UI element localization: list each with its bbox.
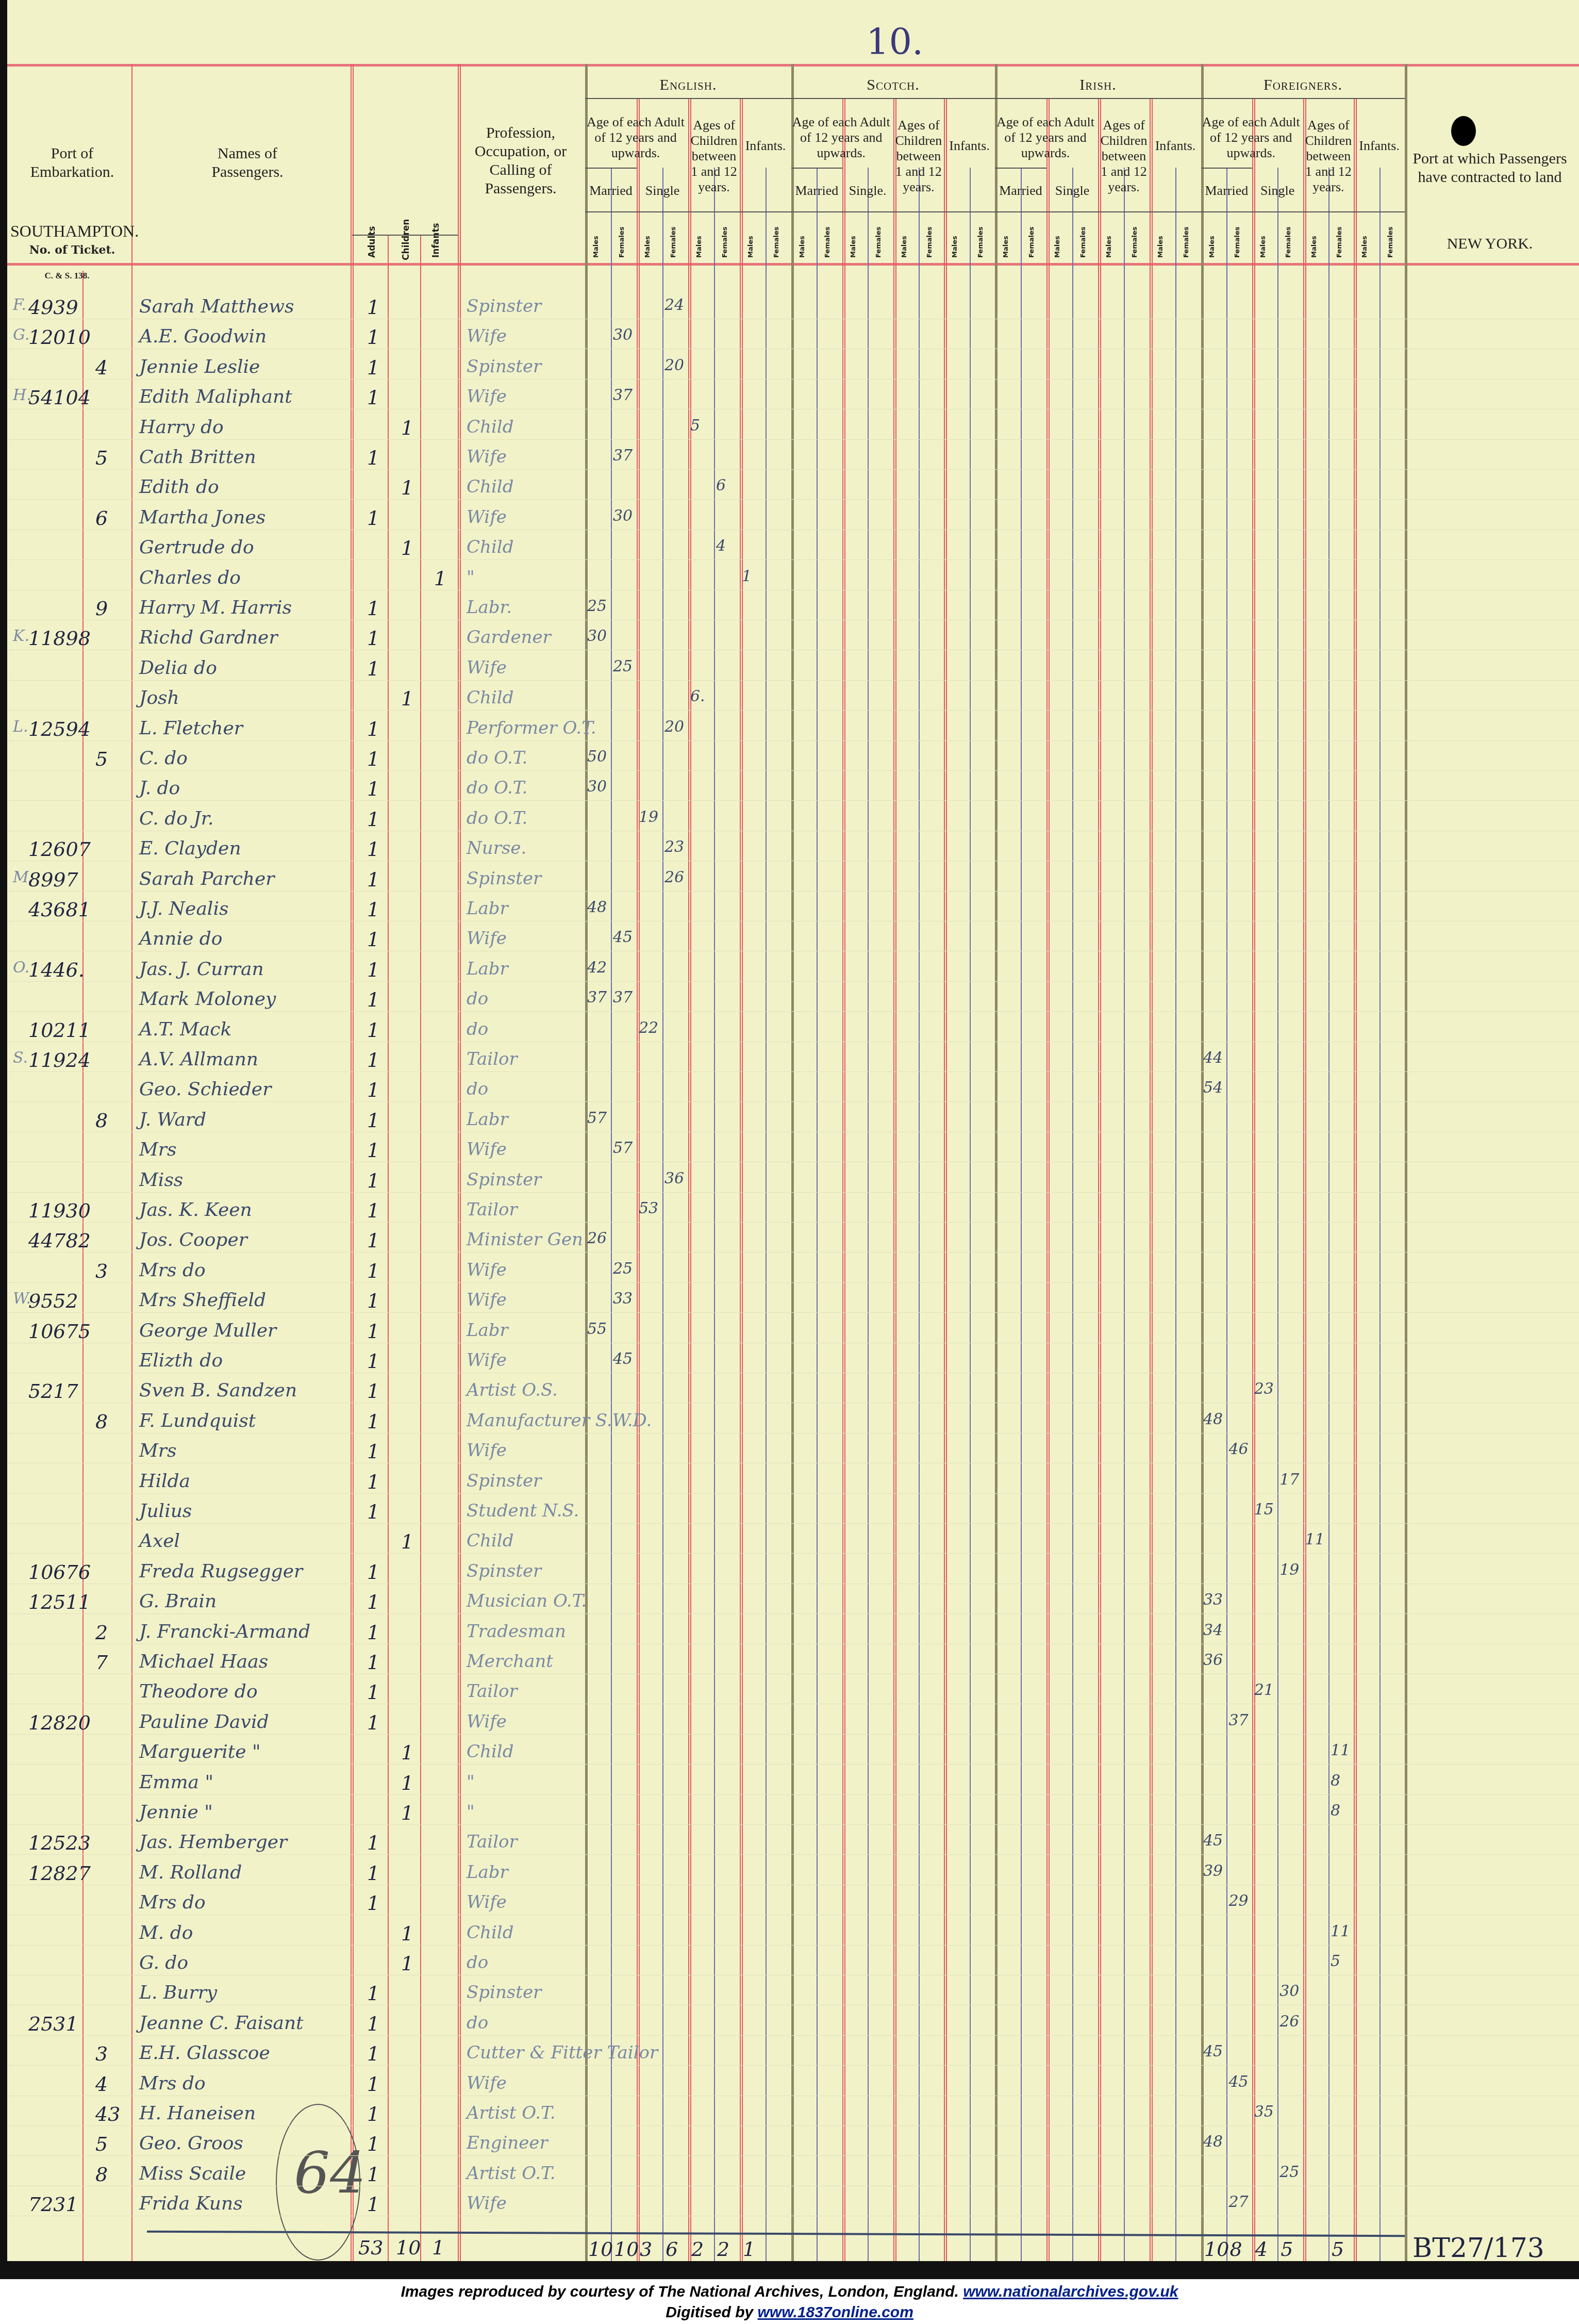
profession: do O.T. [467, 778, 527, 798]
profession: Performer O.T. [467, 718, 596, 738]
adult-count: 1 [367, 718, 379, 740]
age-eng-child-f: 6 [716, 476, 726, 495]
children-age-label: Ages of Children between 1 and 12 years. [893, 118, 944, 195]
profession: Musician O.T. [467, 1591, 587, 1611]
profession: Child [467, 476, 513, 497]
adult-count: 1 [367, 1591, 379, 1613]
profession: Wife [467, 1350, 507, 1371]
adult-count: 1 [367, 1892, 379, 1915]
adult-count: 1 [367, 2193, 379, 2216]
scan-bottom-edge [0, 2261, 1579, 2279]
profession: Tailor [467, 1681, 518, 1702]
passenger-name: E.H. Glasscoe [139, 2042, 270, 2064]
profession: Labr [467, 1320, 508, 1341]
adult-count: 1 [367, 988, 379, 1011]
age-for-single-f: 26 [1279, 2013, 1299, 2031]
age-eng-single-f: 23 [664, 838, 684, 856]
column-divider [842, 98, 843, 2261]
ticket-number: 11898 [28, 627, 91, 650]
profession: Wife [467, 386, 507, 407]
profession: Wife [467, 507, 507, 528]
column-divider [1277, 168, 1278, 2261]
passenger-name: Jas. Hemberger [139, 1832, 287, 1853]
ticket-number: 12010 [28, 326, 91, 349]
age-for-single-f: 30 [1279, 1982, 1299, 2000]
adult-count: 1 [367, 1862, 379, 1885]
passenger-name: Delia do [139, 657, 217, 679]
profession: Manufacturer S.W.D. [467, 1410, 652, 1431]
ticket-number: 5 [95, 447, 108, 469]
ticket-number: 11924 [28, 1049, 91, 1072]
age-for-married-m: 45 [1203, 2042, 1223, 2061]
passenger-name: Mrs do [139, 1892, 206, 1913]
sex-label: Males [1361, 236, 1369, 258]
adult-count: 1 [367, 326, 379, 349]
column-divider [1303, 98, 1304, 2261]
age-eng-married-m: 48 [587, 898, 607, 916]
total-children: 10 [396, 2236, 421, 2259]
profession: Labr [467, 1862, 508, 1883]
adult-count: 1 [367, 2073, 379, 2096]
profession: Wife [467, 928, 507, 949]
profession: Artist O.T. [467, 2103, 555, 2123]
profession: Spinster [467, 1471, 541, 1491]
adult-count: 1 [367, 386, 379, 409]
english-total: 6 [666, 2238, 678, 2261]
adult-count: 1 [367, 2133, 379, 2155]
sex-label: Females [670, 227, 677, 258]
passenger-name: Elizth do [139, 1350, 223, 1371]
age-eng-single-f: 20 [664, 356, 684, 374]
foreigners-total: 5 [1332, 2238, 1344, 2261]
column-divider [1328, 168, 1329, 2261]
infants-label: Infants. [1354, 138, 1405, 154]
age-eng-married-f: 37 [613, 988, 633, 1007]
age-eng-married-f: 45 [613, 928, 633, 946]
passenger-name: Cath Britten [139, 447, 256, 468]
age-for-married-m: 36 [1203, 1651, 1223, 1669]
age-for-child-m: 11 [1305, 1530, 1325, 1548]
age-eng-child-m: 5 [690, 417, 700, 435]
children-age-label: Ages of Children between 1 and 12 years. [1303, 118, 1354, 195]
ticket-number: 43 [95, 2103, 120, 2125]
profession: do [467, 1019, 488, 1040]
age-for-married-f: 45 [1228, 2073, 1248, 2091]
sex-label: Females [1079, 227, 1087, 258]
profession: Labr [467, 959, 508, 979]
profession: Tailor [467, 1049, 518, 1069]
ticket-number: 4 [95, 2073, 108, 2096]
ticket-number: 12820 [28, 1711, 91, 1734]
sex-label: Males [695, 236, 703, 258]
profession: Gardener [467, 627, 551, 648]
column-divider [1124, 168, 1125, 2261]
ticket-number: 12523 [28, 1832, 91, 1854]
column-divider [1405, 64, 1407, 2261]
passenger-name: J.J. Nealis [139, 898, 228, 919]
ticket-number: 10211 [28, 1019, 91, 1042]
age-eng-married-m: 37 [587, 988, 607, 1007]
1837online-link[interactable]: www.1837online.com [758, 2304, 913, 2321]
adult-count: 1 [367, 1651, 379, 1674]
column-divider [420, 235, 421, 2261]
adult-count: 1 [367, 1290, 379, 1312]
ticket-number: 8997 [28, 868, 78, 891]
passenger-name: Jas. J. Curran [139, 959, 264, 980]
adult-count: 1 [367, 748, 379, 770]
profession: Artist O.S. [467, 1380, 558, 1400]
child-count: 1 [401, 537, 413, 559]
age-for-child-f: 11 [1331, 1922, 1350, 1940]
adult-count: 1 [367, 1350, 379, 1373]
sex-label: Females [875, 227, 883, 258]
passenger-name: Freda Rugsegger [139, 1561, 303, 1582]
children-age-label: Ages of Children between 1 and 12 years. [688, 118, 740, 195]
passenger-name: Mrs [139, 1139, 177, 1160]
passenger-name: J. Francki-Armand [139, 1621, 310, 1642]
ticket-number: 1446. [28, 959, 85, 981]
english-total: 10 [588, 2238, 613, 2261]
sex-label: Females [773, 227, 780, 258]
profession: Labr. [467, 597, 512, 618]
passenger-name: Annie do [139, 928, 222, 949]
foreigners-total: 8 [1229, 2238, 1242, 2261]
sex-label: Females [1387, 227, 1394, 258]
english-total: 2 [717, 2238, 729, 2261]
column-divider [1252, 98, 1253, 2261]
passenger-name: Mrs do [139, 2073, 206, 2094]
ticket-number: 4 [95, 356, 108, 379]
age-eng-married-m: 26 [587, 1229, 607, 1247]
profession: Nurse. [467, 838, 526, 859]
passenger-name: Harry do [139, 417, 224, 438]
section-title-english: English. [585, 77, 791, 93]
profession: Minister Gen [467, 1229, 583, 1250]
adult-count: 1 [367, 959, 379, 981]
profession: do O.T. [467, 748, 527, 768]
adult-count: 1 [367, 1832, 379, 1854]
port-embarkation-value: SOUTHAMPTON. [10, 222, 134, 240]
infants-header: Infants [431, 223, 441, 258]
age-for-married-m: 48 [1203, 2133, 1223, 2151]
passenger-name: M. Rolland [139, 1862, 242, 1883]
adult-count: 1 [367, 1471, 379, 1493]
ticket-number: 12607 [28, 838, 91, 861]
age-for-married-f: 29 [1228, 1892, 1248, 1910]
passenger-name: J. do [139, 778, 180, 799]
passenger-name: Sven B. Sandzen [139, 1380, 297, 1401]
profession: Wife [467, 1892, 507, 1913]
age-for-single-f: 25 [1279, 2163, 1299, 2181]
profession: Merchant [467, 1651, 553, 1672]
age-for-married-f: 37 [1228, 1711, 1248, 1729]
passenger-name: Emma " [139, 1772, 213, 1793]
section-title-foreigners: Foreigners. [1201, 77, 1405, 93]
ticket-prefix: S. [13, 1049, 28, 1067]
age-for-single-f: 19 [1279, 1561, 1299, 1579]
child-count: 1 [401, 1530, 413, 1553]
profession: Tailor [467, 1832, 518, 1852]
age-for-child-f: 8 [1331, 1802, 1340, 1820]
child-count: 1 [401, 1772, 413, 1794]
ticket-number: 43681 [28, 898, 91, 921]
adult-count: 1 [367, 1711, 379, 1734]
column-divider [688, 98, 689, 2261]
ticket-number: 8 [95, 1109, 108, 1132]
ticket-number: 12511 [28, 1591, 91, 1613]
column-divider [1354, 98, 1355, 2261]
adult-count: 1 [367, 1139, 379, 1162]
adult-count: 1 [367, 1561, 379, 1584]
page-number: 10. [866, 21, 923, 63]
passenger-name: Jennie Leslie [139, 356, 260, 377]
age-for-married-m: 33 [1203, 1591, 1223, 1609]
adult-count: 1 [367, 1380, 379, 1403]
column-divider [1021, 168, 1022, 2261]
profession: Child [467, 537, 513, 557]
port-landing-value: NEW YORK. [1410, 235, 1570, 253]
adult-count: 1 [367, 1410, 379, 1433]
sex-label: Males [1054, 236, 1061, 258]
english-total: 10 [614, 2238, 639, 2261]
ticket-number: 12827 [28, 1862, 91, 1885]
national-archives-link[interactable]: www.nationalarchives.gov.uk [963, 2283, 1178, 2300]
children-age-label: Ages of Children between 1 and 12 years. [1098, 118, 1150, 195]
adult-count: 1 [367, 1229, 379, 1252]
passenger-name: H. Haneisen [139, 2103, 256, 2124]
profession: Wife [467, 326, 507, 347]
column-divider [766, 168, 767, 2261]
section-title-irish: Irish. [995, 77, 1201, 93]
age-eng-single-f: 24 [664, 296, 684, 314]
adult-count: 1 [367, 1260, 379, 1282]
ticket-number: 2 [95, 1621, 108, 1644]
section-title-scotch: Scotch. [791, 77, 995, 93]
sex-label: Males [799, 236, 806, 258]
column-divider [714, 168, 715, 2261]
passenger-name: Pauline David [139, 1711, 269, 1733]
circled-total-value: 64 [294, 2140, 366, 2206]
age-for-single-m: 35 [1254, 2103, 1274, 2121]
column-divider [662, 168, 663, 2261]
ticket-number: 7231 [28, 2193, 78, 2216]
age-eng-married-m: 57 [587, 1109, 607, 1127]
sex-label: Females [1336, 227, 1343, 258]
column-divider [1072, 168, 1073, 2261]
passenger-name: A.T. Mack [139, 1019, 231, 1040]
age-eng-married-f: 33 [613, 1290, 633, 1308]
profession: Wife [467, 1139, 507, 1160]
passenger-name: Marguerite " [139, 1741, 261, 1762]
sex-label: Females [1131, 227, 1139, 258]
passenger-name: Jennie " [139, 1802, 213, 1823]
adult-count: 1 [367, 657, 379, 680]
married-label: Married [791, 183, 842, 199]
profession: Engineer [467, 2133, 548, 2153]
sex-label: Females [926, 227, 934, 258]
sex-label: Males [1208, 236, 1216, 258]
profession: do [467, 1079, 488, 1099]
column-divider [1098, 98, 1099, 2261]
adult-count: 1 [367, 1199, 379, 1222]
column-divider [791, 64, 794, 2261]
age-for-single-f: 17 [1279, 1471, 1299, 1489]
passenger-name: Sarah Parcher [139, 868, 275, 889]
profession-label: Profession, Occupation, or Calling of Pa… [464, 124, 577, 198]
ticket-label: No. of Ticket. [15, 242, 129, 258]
column-divider [458, 64, 459, 2261]
ticket-number: 8 [95, 1410, 108, 1433]
names-label: Names of Passengers. [186, 144, 309, 182]
ticket-number: 10675 [28, 1320, 91, 1343]
total-adults: 53 [358, 2236, 383, 2259]
age-for-child-f: 8 [1331, 1772, 1340, 1790]
age-eng-single-f: 36 [664, 1169, 684, 1188]
age-for-married-m: 44 [1203, 1049, 1223, 1067]
total-infants: 1 [432, 2236, 444, 2259]
ticket-number: 5217 [28, 1380, 78, 1403]
sex-label: Males [644, 236, 652, 258]
age-eng-married-m: 50 [587, 748, 607, 766]
children-header: Children [401, 219, 411, 260]
passenger-name: C. do [139, 748, 188, 769]
column-divider [388, 235, 389, 2261]
passenger-name: A.V. Allmann [139, 1049, 258, 1070]
ticket-prefix: F. [13, 296, 26, 314]
profession: Wife [467, 447, 507, 467]
age-for-single-m: 23 [1254, 1380, 1274, 1398]
age-eng-married-f: 30 [613, 507, 633, 525]
passenger-name: Jas. K. Keen [139, 1199, 252, 1221]
sex-label: Females [1028, 227, 1036, 258]
ticket-number: 3 [95, 1260, 108, 1282]
passenger-name: Miss [139, 1169, 183, 1191]
profession: Spinster [467, 296, 541, 317]
adult-count: 1 [367, 627, 379, 650]
age-for-married-m: 54 [1203, 1079, 1223, 1097]
age-eng-married-f: 37 [613, 447, 633, 465]
sex-label: Females [721, 227, 729, 258]
age-eng-single-f: 20 [664, 718, 684, 736]
passenger-name: L. Burry [139, 1982, 217, 2003]
adult-age-label: Age of each Adult of 12 years and upward… [585, 114, 686, 161]
column-divider [1175, 168, 1176, 2261]
passenger-name: L. Fletcher [139, 718, 243, 739]
profession: " [467, 1802, 475, 1822]
credit-line-2: Digitised by www.1837online.com [0, 2304, 1579, 2321]
profession: do [467, 988, 488, 1009]
age-for-married-m: 39 [1203, 1862, 1223, 1880]
column-divider [868, 168, 869, 2261]
adult-count: 1 [367, 868, 379, 891]
ticket-number: 11930 [28, 1199, 91, 1222]
column-divider [1150, 98, 1151, 2261]
sex-label: Females [824, 227, 832, 258]
adult-count: 1 [367, 1109, 379, 1132]
passenger-name: A.E. Goodwin [139, 326, 267, 347]
adult-count: 1 [367, 2163, 379, 2186]
sex-label: Males [747, 236, 755, 258]
age-eng-single-m: 22 [639, 1019, 658, 1037]
adult-count: 1 [367, 808, 379, 831]
age-eng-married-f: 30 [613, 326, 633, 344]
child-count: 1 [401, 417, 413, 439]
profession: Spinster [467, 1982, 541, 2003]
column-divider [970, 168, 971, 2261]
adult-count: 1 [367, 597, 379, 620]
profession: do [467, 2013, 488, 2033]
ticket-number: 6 [95, 507, 108, 530]
column-divider [944, 98, 945, 2261]
column-divider [131, 64, 132, 2261]
ticket-prefix: G. [13, 326, 29, 344]
foreigners-total: 5 [1281, 2238, 1293, 2261]
profession: Child [467, 1922, 513, 1943]
age-for-child-f: 5 [1331, 1952, 1340, 1970]
profession: Wife [467, 1260, 507, 1280]
sex-label: Females [1234, 227, 1241, 258]
ticket-number: 7 [95, 1651, 108, 1674]
passenger-name: Josh [139, 687, 179, 708]
form-code: C. & S. 138. [21, 268, 113, 284]
adult-count: 1 [367, 296, 379, 319]
profession: Spinster [467, 1169, 541, 1190]
child-count: 1 [401, 1802, 413, 1824]
age-eng-married-m: 30 [587, 778, 607, 796]
column-divider [1201, 64, 1204, 2261]
profession: do O.T. [467, 808, 527, 829]
ticket-number: 12594 [28, 718, 91, 740]
adult-count: 1 [367, 1079, 379, 1101]
sex-label: Males [1259, 236, 1267, 258]
passenger-name: Mrs Sheffield [139, 1290, 266, 1311]
sex-label: Males [901, 236, 908, 258]
passenger-name: E. Clayden [139, 838, 241, 859]
ticket-number: 8 [95, 2163, 108, 2186]
adult-count: 1 [367, 356, 379, 379]
passenger-name: Theodore do [139, 1681, 258, 1702]
adult-count: 1 [367, 1501, 379, 1523]
age-for-married-m: 34 [1203, 1621, 1223, 1639]
profession: Wife [467, 657, 507, 678]
sex-label: Males [1310, 236, 1318, 258]
profession: Wife [467, 1711, 507, 1732]
profession: Child [467, 1741, 513, 1762]
adults-header: Adults [367, 226, 377, 258]
single-label: Single. [842, 183, 893, 199]
adult-age-label: Age of each Adult of 12 years and upward… [791, 114, 891, 161]
profession: Tradesman [467, 1621, 566, 1642]
adult-count: 1 [367, 1320, 379, 1343]
passenger-name: G. do [139, 1952, 188, 1973]
adult-count: 1 [367, 898, 379, 921]
passenger-name: Martha Jones [139, 507, 265, 528]
child-count: 1 [401, 1741, 413, 1764]
child-count: 1 [401, 1952, 413, 1975]
passenger-name: Mark Moloney [139, 988, 276, 1010]
profession: Wife [467, 1440, 507, 1461]
age-for-married-m: 48 [1203, 1410, 1223, 1428]
passenger-name: Hilda [139, 1471, 190, 1492]
sex-label: Males [592, 236, 600, 258]
profession: " [467, 567, 475, 588]
passenger-list-page: 10. Port of Embarkation. SOUTHAMPTON. No… [0, 0, 1579, 2279]
ticket-number: 54104 [28, 386, 91, 409]
passenger-name: Geo. Schieder [139, 1079, 271, 1100]
passenger-name: Jos. Cooper [139, 1229, 247, 1250]
passenger-name: Geo. Groos [139, 2133, 243, 2154]
age-eng-single-m: 19 [639, 808, 658, 826]
